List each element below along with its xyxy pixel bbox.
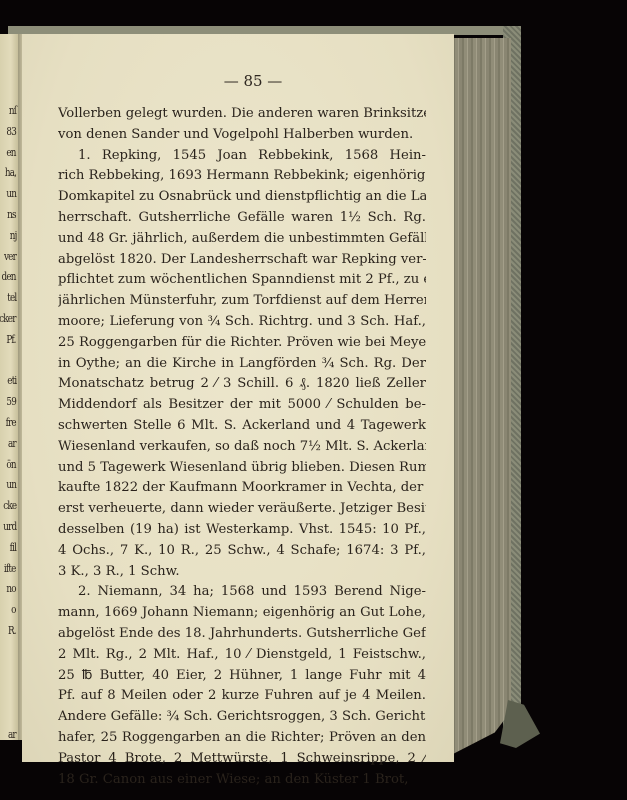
text-line: 25 Roggengarben für die Richter. Pröven … (58, 333, 426, 354)
left-page-text-fragment: Pf. (7, 333, 16, 346)
left-page-text-fragment: den (2, 270, 16, 283)
text-line: Pf. auf 8 Meilen oder 2 kurze Fuhren auf… (58, 686, 426, 707)
text-line: 25 ℔ Butter, 40 Eier, 2 Hühner, 1 lange … (58, 666, 426, 687)
left-page-text-fragment: eti (7, 374, 16, 387)
text-line: Middendorf als Besitzer der mit 5000 ⁄ S… (58, 395, 426, 416)
text-line: von denen Sander und Vogelpohl Halberben… (58, 125, 426, 146)
left-page-text-fragment: cker (0, 312, 16, 325)
text-line: und 5 Tagewerk Wiesenland übrig blieben.… (58, 458, 426, 479)
left-page-text-fragment: fre (6, 416, 16, 429)
text-line: rich Rebbeking, 1693 Hermann Rebbekink; … (58, 166, 426, 187)
facing-left-page: nſ83enha,unnsnjverdentelckerPf.eti59frea… (0, 34, 18, 740)
left-page-text-fragment: ns (7, 208, 16, 221)
text-line: Wiesenland verkaufen, so daß noch 7½ Mlt… (58, 437, 426, 458)
text-line: Vollerben gelegt wurden. Die anderen war… (58, 104, 426, 125)
text-line: 18 Gr. Canon aus einer Wiese; an den Küs… (58, 770, 426, 791)
left-page-text-fragment: o (12, 603, 17, 616)
text-line: schwerten Stelle 6 Mlt. S. Ackerland und… (58, 416, 426, 437)
text-line: Andere Gefälle: ¾ Sch. Gerichtsroggen, 3… (58, 707, 426, 728)
left-page-text-fragment: ver (4, 250, 16, 263)
text-line: desselben (19 ha) ist Westerkamp. Vhst. … (58, 520, 426, 541)
text-line: in Oythe; an die Kirche in Langförden ¾ … (58, 354, 426, 375)
text-line: und 48 Gr. jährlich, außerdem die unbest… (58, 229, 426, 250)
left-page-text-fragment: cke (3, 499, 16, 512)
text-line: jährlichen Münsterfuhr, zum Torfdienst a… (58, 291, 426, 312)
left-page-text-fragment: tel (7, 291, 16, 304)
text-line: herrschaft. Gutsherrliche Gefälle waren … (58, 208, 426, 229)
page-number: — 85 — (22, 72, 454, 90)
left-page-text-fragment: urd (3, 520, 16, 533)
text-line: 3 K., 3 R., 1 Schw. (58, 562, 426, 583)
text-line: moore; Lieferung von ¾ Sch. Richtrg. und… (58, 312, 426, 333)
book-page: — 85 — Vollerben gelegt wurden. Die ande… (22, 34, 454, 762)
text-line: mann, 1669 Johann Niemann; eigenhörig an… (58, 603, 426, 624)
text-line: 4 Ochs., 7 K., 10 R., 25 Schw., 4 Schafe… (58, 541, 426, 562)
text-line: kaufte 1822 der Kaufmann Moorkramer in V… (58, 478, 426, 499)
text-line: 2 Mlt. Rg., 2 Mlt. Haf., 10 ⁄ Dienstgeld… (58, 645, 426, 666)
page-body-text: Vollerben gelegt wurden. Die anderen war… (58, 104, 426, 790)
left-page-text-fragment: ar (8, 728, 16, 740)
text-line: Domkapitel zu Osnabrück und dienstpflich… (58, 187, 426, 208)
text-line: Pastor 4 Brote, 2 Mettwürste, 1 Schweins… (58, 749, 426, 770)
left-page-text-fragment: 59 (6, 395, 16, 408)
text-line: hafer, 25 Roggengarben an die Richter; P… (58, 728, 426, 749)
left-page-text-fragment: nj (9, 229, 16, 242)
left-page-text-fragment: R. (8, 624, 16, 637)
text-line: 1. Repking, 1545 Joan Rebbekink, 1568 He… (58, 146, 426, 167)
left-page-text-fragment: ifte (4, 562, 16, 575)
text-line: erst verheuerte, dann wieder veräußerte.… (58, 499, 426, 520)
left-page-text-fragment: en (7, 146, 16, 159)
left-page-text-fragment: fil (10, 541, 16, 554)
left-page-text-fragment: un (6, 478, 16, 491)
text-line: Monatschatz betrug 2 ⁄ 3 Schill. 6 ₰. 18… (58, 374, 426, 395)
left-page-text-fragment: ha, (5, 166, 16, 179)
text-line: abgelöst Ende des 18. Jahrhunderts. Guts… (58, 624, 426, 645)
text-line: abgelöst 1820. Der Landesherrschaft war … (58, 250, 426, 271)
text-line: 2. Niemann, 34 ha; 1568 und 1593 Berend … (58, 582, 426, 603)
left-page-text-fragment: nſ (9, 104, 16, 117)
page-block-edges (453, 38, 511, 754)
left-page-text-fragment: no (7, 582, 16, 595)
text-line: pflichtet zum wöchentlichen Spanndienst … (58, 270, 426, 291)
left-page-text-fragment: un (6, 187, 16, 200)
left-page-text-fragment: 83 (6, 125, 16, 138)
left-page-text-fragment: ar (8, 437, 16, 450)
left-page-text-fragment: ön (7, 458, 16, 471)
